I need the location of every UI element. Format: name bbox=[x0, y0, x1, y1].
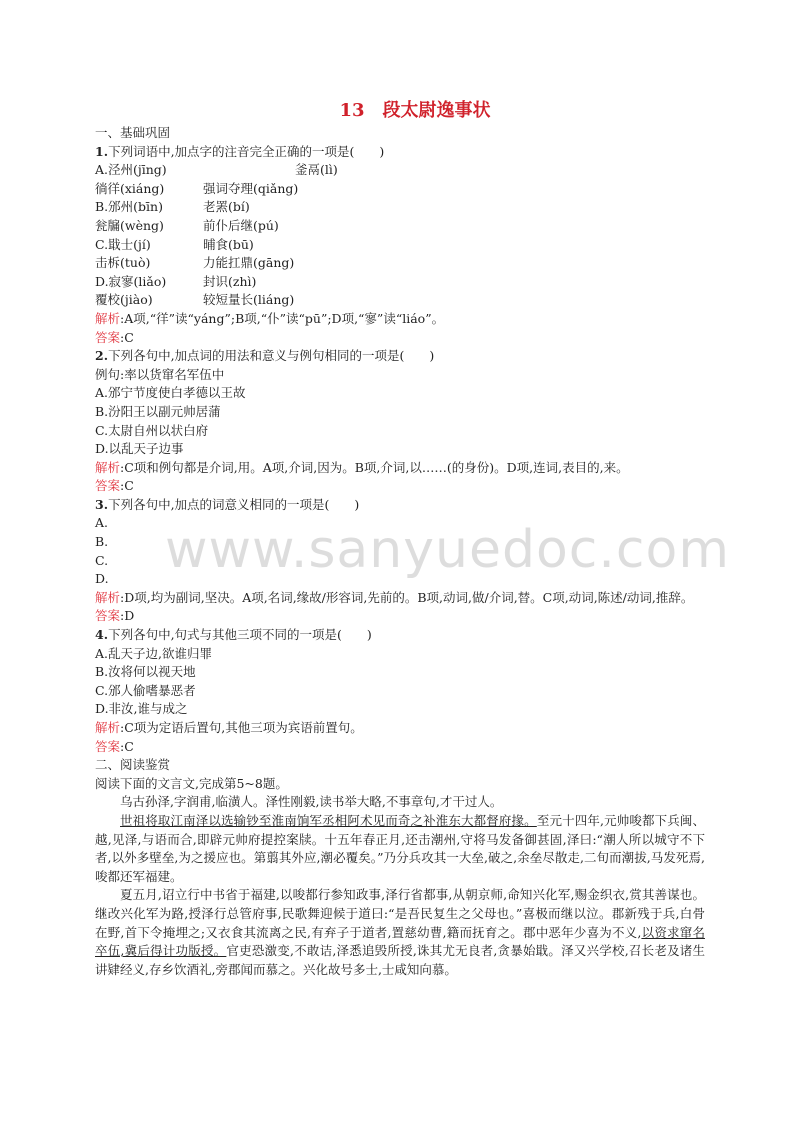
q4-analysis: 解析:C项为定语后置句,其他三项为宾语前置句。 bbox=[95, 719, 705, 738]
section-heading: 二、阅读鉴赏 bbox=[95, 756, 705, 775]
q3-option: C. bbox=[95, 552, 705, 571]
q4-answer: 答案:C bbox=[95, 738, 705, 757]
q1-row: 击柝(tuò)力能扛鼎(gāng) bbox=[95, 254, 705, 273]
passage-paragraph-1: 乌古孙泽,字润甫,临潢人。泽性刚毅,读书举大略,不事章句,才干过人。 bbox=[95, 793, 705, 812]
q2-option: C.太尉自州以状白府 bbox=[95, 422, 705, 441]
section-heading: 一、基础巩固 bbox=[95, 124, 705, 143]
lesson-number: 13 bbox=[339, 100, 364, 121]
q4-option: B.汝将何以视天地 bbox=[95, 663, 705, 682]
q1-row: D.寂寥(liǎo)封识(zhì) bbox=[95, 273, 705, 292]
q2-example: 例句:率以货窜名军伍中 bbox=[95, 366, 705, 385]
q2-analysis: 解析:C项和例句都是介词,用。A项,介词,因为。B项,介词,以……(的身份)。D… bbox=[95, 459, 705, 478]
document-page: 13段太尉逸事状 一、基础巩固 1.下列词语中,加点字的注音完全正确的一项是( … bbox=[95, 100, 705, 979]
q1-row: C.戢士(jí)晡食(bū) bbox=[95, 236, 705, 255]
question-3-stem: 3.下列各句中,加点的词意义相同的一项是( ) bbox=[95, 496, 705, 515]
q4-option: C.邠人偷嗜暴恶者 bbox=[95, 682, 705, 701]
q3-option: D. bbox=[95, 570, 705, 589]
q1-row: 瓮牖(wèng)前仆后继(pú) bbox=[95, 217, 705, 236]
q1-row: B.邠州(bīn)老罴(bí) bbox=[95, 198, 705, 217]
underlined-sentence: 世祖将取江南泽以选输钞至淮南饷军丞相阿术见而奇之补淮东大都督府掾。 bbox=[120, 813, 537, 828]
passage-paragraph-3: 夏五月,诏立行中书省于福建,以唆都行参知政事,泽行省都事,从朝京师,命知兴化军,… bbox=[95, 886, 705, 979]
q1-row: 覆校(jiào)较短量长(liáng) bbox=[95, 291, 705, 310]
q3-answer: 答案:D bbox=[95, 607, 705, 626]
q1-analysis: 解析:A项,“徉”读“yáng”;B项,“仆”读“pū”;D项,“寥”读“liá… bbox=[95, 310, 705, 329]
reading-instruction: 阅读下面的文言文,完成第5~8题。 bbox=[95, 775, 705, 794]
q2-answer: 答案:C bbox=[95, 477, 705, 496]
question-1-stem: 1.下列词语中,加点字的注音完全正确的一项是( ) bbox=[95, 143, 705, 162]
q1-answer: 答案:C bbox=[95, 329, 705, 348]
q4-option: D.非汝,谁与成之 bbox=[95, 700, 705, 719]
lesson-title: 段太尉逸事状 bbox=[383, 100, 491, 121]
q3-option: B. bbox=[95, 533, 705, 552]
q4-option: A.乱天子边,欲谁归罪 bbox=[95, 645, 705, 664]
page-title: 13段太尉逸事状 bbox=[95, 100, 705, 122]
question-2-stem: 2.下列各句中,加点词的用法和意义与例句相同的一项是( ) bbox=[95, 347, 705, 366]
q1-row: A.泾州(jīng)釜鬲(lì) bbox=[95, 161, 705, 180]
q2-option: A.邠宁节度使白孝德以王故 bbox=[95, 384, 705, 403]
q3-option: A. bbox=[95, 514, 705, 533]
passage-paragraph-2: 世祖将取江南泽以选输钞至淮南饷军丞相阿术见而奇之补淮东大都督府掾。至元十四年,元… bbox=[95, 812, 705, 886]
q1-row: 徜徉(xiáng)强词夺理(qiǎng) bbox=[95, 180, 705, 199]
q2-option: B.汾阳王以副元帅居蒲 bbox=[95, 403, 705, 422]
q3-analysis: 解析:D项,均为副词,坚决。A项,名词,缘故/形容词,先前的。B项,动词,做/介… bbox=[95, 589, 705, 608]
q2-option: D.以乱天子边事 bbox=[95, 440, 705, 459]
question-4-stem: 4.下列各句中,句式与其他三项不同的一项是( ) bbox=[95, 626, 705, 645]
